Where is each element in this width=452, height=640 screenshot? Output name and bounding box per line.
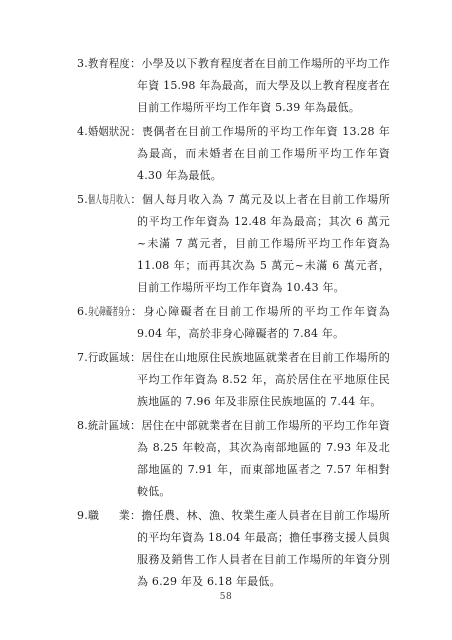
list-item-administrative-region: 7.行政區域：居住在山地原住民族地區就業者在目前工作場所的平均工作年資為 8.5… bbox=[77, 347, 390, 413]
item-number: 3. bbox=[77, 57, 88, 70]
item-label: 婚姻狀況 bbox=[88, 121, 127, 143]
list-item-education: 3.教育程度：小學及以下教育程度者在目前工作場所的平均工作年資 15.98 年為… bbox=[77, 53, 390, 119]
report-findings-list: 3.教育程度：小學及以下教育程度者在目前工作場所的平均工作年資 15.98 年為… bbox=[77, 53, 390, 595]
list-item-statistical-region: 8.統計區域：居住在中部就業者在目前工作場所的平均工作年資為 8.25 年較高，… bbox=[77, 415, 390, 503]
item-number: 6. bbox=[77, 305, 88, 318]
item-number: 7. bbox=[77, 351, 88, 364]
item-number: 9. bbox=[77, 509, 88, 522]
item-number: 5. bbox=[77, 193, 88, 206]
item-body-text: 擔任農、林、漁、牧業生產人員者在目前工作場所的平均年資為 18.04 年最高；擔… bbox=[137, 509, 390, 588]
item-label: 個人每月收入 bbox=[88, 189, 114, 211]
item-body-text: 喪偶者在目前工作場所的平均工作年資 13.28 年為最高，而未婚者在目前工作場所… bbox=[137, 125, 390, 182]
item-label: 職 業 bbox=[88, 505, 130, 527]
item-colon: ： bbox=[130, 57, 141, 70]
item-colon: ： bbox=[130, 351, 141, 364]
item-body-text: 身心障礙者在目前工作場所的平均工作年資為 9.04 年，高於非身心障礙者的 7.… bbox=[137, 305, 390, 340]
item-colon: ： bbox=[130, 509, 141, 522]
item-label: 統計區域 bbox=[88, 415, 127, 437]
item-colon: ： bbox=[130, 305, 144, 318]
item-label: 教育程度 bbox=[88, 53, 127, 75]
page-number: 58 bbox=[0, 592, 452, 602]
document-page: 3.教育程度：小學及以下教育程度者在目前工作場所的平均工作年資 15.98 年為… bbox=[0, 0, 452, 640]
list-item-monthly-income: 5.個人每月收入：個人每月收入為 7 萬元及以上者在目前工作場所的平均工作年資為… bbox=[77, 189, 390, 299]
item-label: 身心障礙者身分 bbox=[88, 301, 111, 323]
list-item-occupation: 9.職 業：擔任農、林、漁、牧業生產人員者在目前工作場所的平均年資為 18.04… bbox=[77, 505, 390, 593]
item-number: 8. bbox=[77, 419, 88, 432]
list-item-disability-status: 6.身心障礙者身分：身心障礙者在目前工作場所的平均工作年資為 9.04 年，高於… bbox=[77, 301, 390, 345]
item-label: 行政區域 bbox=[88, 347, 127, 369]
item-colon: ： bbox=[130, 419, 141, 432]
item-body-text: 居住在中部就業者在目前工作場所的平均工作年資為 8.25 年較高，其次為南部地區… bbox=[137, 419, 390, 498]
list-item-marital-status: 4.婚姻狀況：喪偶者在目前工作場所的平均工作年資 13.28 年為最高，而未婚者… bbox=[77, 121, 390, 187]
item-number: 4. bbox=[77, 125, 88, 138]
item-body-text: 小學及以下教育程度者在目前工作場所的平均工作年資 15.98 年為最高，而大學及… bbox=[137, 57, 390, 114]
item-body-text: 居住在山地原住民族地區就業者在目前工作場所的平均工作年資為 8.52 年，高於居… bbox=[137, 351, 390, 408]
item-body-text: 個人每月收入為 7 萬元及以上者在目前工作場所的平均工作年資為 12.48 年為… bbox=[137, 193, 390, 294]
item-colon: ： bbox=[130, 125, 142, 138]
item-colon: ： bbox=[130, 193, 142, 206]
